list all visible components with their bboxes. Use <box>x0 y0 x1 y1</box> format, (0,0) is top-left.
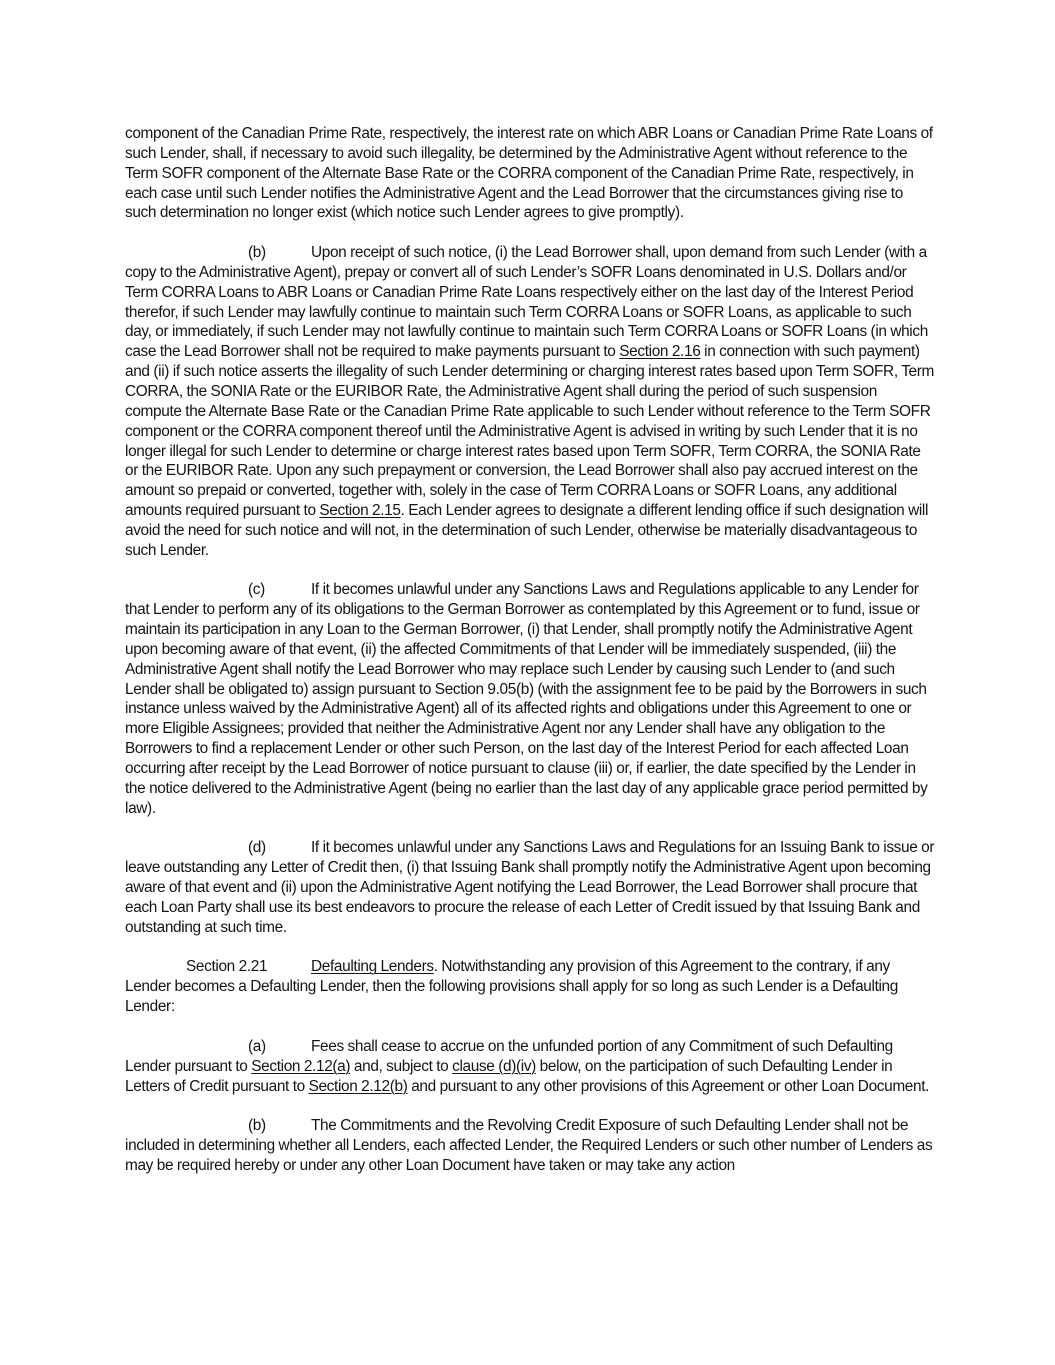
clause-b: (b)Upon receipt of such notice, (i) the … <box>125 243 935 561</box>
paragraph-text: component of the Canadian Prime Rate, re… <box>125 125 933 221</box>
section-reference-link[interactable]: Section 2.15 <box>319 502 400 519</box>
clause-text: If it becomes unlawful under any Sanctio… <box>125 581 927 816</box>
clause-label: (b) <box>248 1116 311 1136</box>
clause-label: (d) <box>248 838 311 858</box>
clause-text: If it becomes unlawful under any Sanctio… <box>125 839 934 935</box>
continuation-paragraph: component of the Canadian Prime Rate, re… <box>125 124 935 223</box>
clause-d: (d)If it becomes unlawful under any Sanc… <box>125 838 935 937</box>
clause-text: and, subject to <box>350 1058 452 1075</box>
clause-label: (a) <box>248 1037 311 1057</box>
clause-text: and pursuant to any other provisions of … <box>408 1078 930 1095</box>
section-number: Section 2.21 <box>186 957 311 977</box>
clause-text: The Commitments and the Revolving Credit… <box>125 1117 932 1174</box>
clause-label: (b) <box>248 243 311 263</box>
section-2-21: Section 2.21Defaulting Lenders. Notwiths… <box>125 957 935 1017</box>
document-body: component of the Canadian Prime Rate, re… <box>125 124 935 1176</box>
section-heading: Defaulting Lenders <box>311 958 434 975</box>
section-reference-link[interactable]: Section 2.12(a) <box>251 1058 350 1075</box>
section-2-21-clause-b: (b)The Commitments and the Revolving Cre… <box>125 1116 935 1176</box>
document-page: component of the Canadian Prime Rate, re… <box>0 0 1055 1365</box>
section-2-21-clause-a: (a)Fees shall cease to accrue on the unf… <box>125 1037 935 1097</box>
clause-text: in connection with such payment) and (ii… <box>125 343 934 519</box>
clause-label: (c) <box>248 580 311 600</box>
section-reference-link[interactable]: Section 2.12(b) <box>309 1078 408 1095</box>
section-reference-link[interactable]: Section 2.16 <box>619 343 700 360</box>
clause-reference-link[interactable]: clause (d)(iv) <box>452 1058 536 1075</box>
clause-c: (c)If it becomes unlawful under any Sanc… <box>125 580 935 818</box>
